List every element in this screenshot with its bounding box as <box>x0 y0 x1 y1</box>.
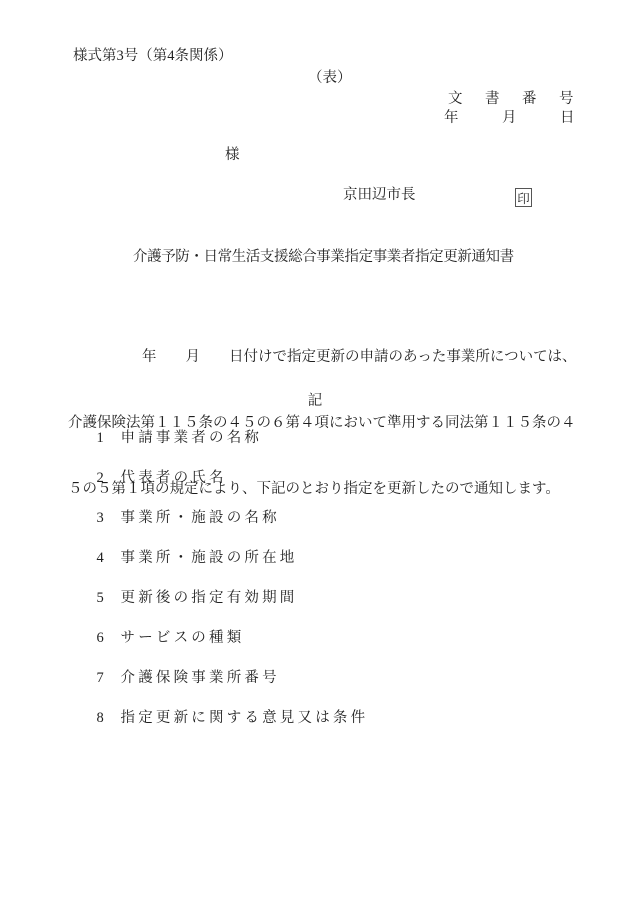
document-number-label: 文 書 番 号 <box>448 91 578 108</box>
item-number: 4 <box>97 548 121 568</box>
seal-mark: 印 <box>517 189 530 207</box>
item-label: 申請事業者の名称 <box>121 430 263 446</box>
item-number: 8 <box>97 708 121 728</box>
item-number: 7 <box>97 668 121 688</box>
item-label: サービスの種類 <box>121 630 245 646</box>
body-line: 年 月 日付けで指定更新の申請のあった事業所については、 <box>68 346 584 368</box>
document-title: 介護予防・日常生活支援総合事業指定事業者指定更新通知書 <box>133 246 514 268</box>
item-number: 6 <box>97 628 121 648</box>
item-label: 事業所・施設の名称 <box>121 510 280 526</box>
addressee-suffix: 様 <box>225 147 240 164</box>
side-label: （表） <box>308 70 352 87</box>
date-line: 年 月 日 <box>444 110 575 127</box>
item-label: 代表者の氏名 <box>121 470 227 486</box>
sender-title: 京田辺市長 <box>343 187 416 204</box>
item-label: 事業所・施設の所在地 <box>121 550 298 566</box>
list-item: 8指定更新に関する意見又は条件 <box>82 688 368 748</box>
document-page: 様式第3号（第4条関係） （表） 文 書 番 号 年 月 日 様 京田辺市長 印… <box>0 0 630 903</box>
item-label: 指定更新に関する意見又は条件 <box>121 710 369 726</box>
item-number: 5 <box>97 588 121 608</box>
item-number: 2 <box>97 468 121 488</box>
seal-box: 印 <box>515 188 532 207</box>
form-number: 様式第3号（第4条関係） <box>73 48 233 65</box>
item-label: 介護保険事業所番号 <box>121 670 280 686</box>
item-label: 更新後の指定有効期間 <box>121 590 298 606</box>
item-number: 1 <box>97 428 121 448</box>
item-number: 3 <box>97 508 121 528</box>
